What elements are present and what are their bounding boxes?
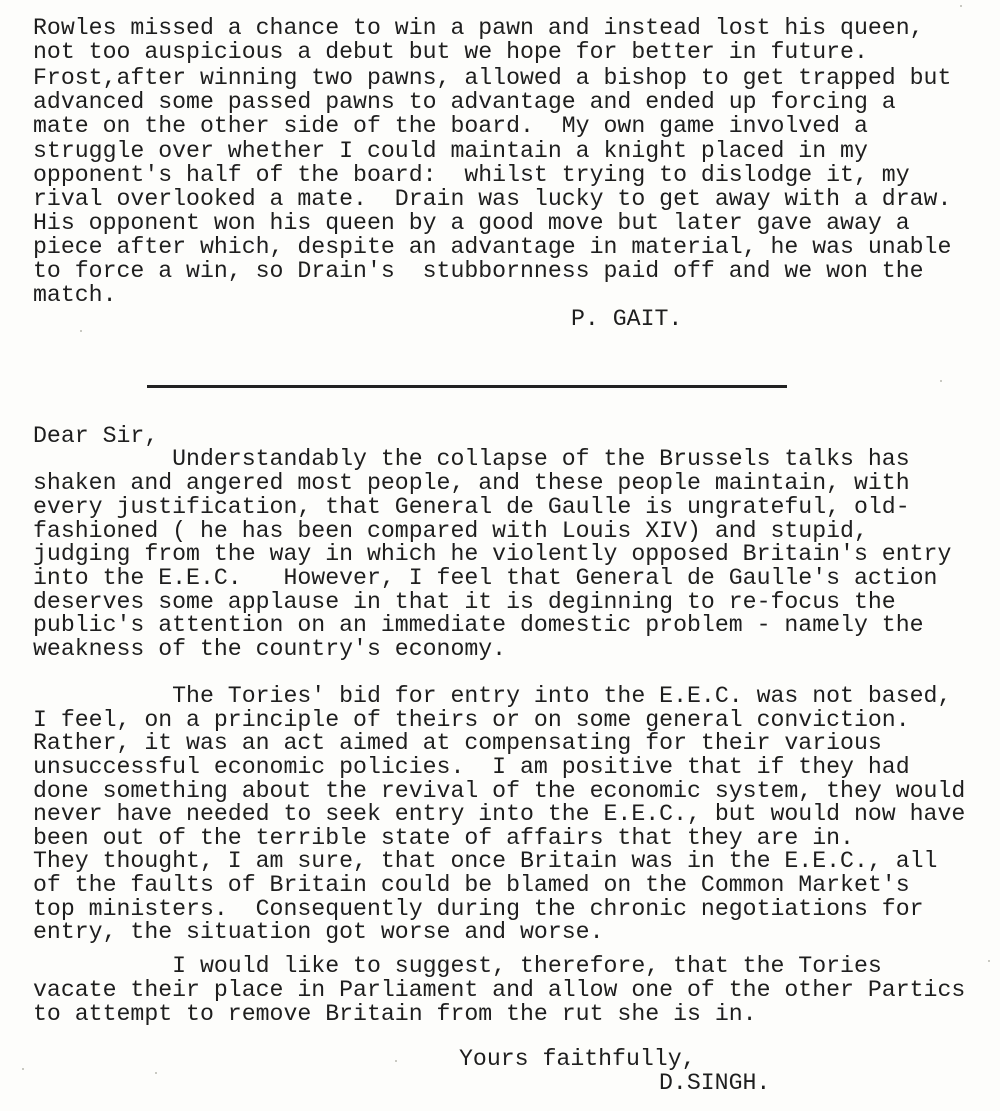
letter-line: of the faults of Britain could be blamed…: [33, 873, 910, 897]
report-line: piece after which, despite an advantage …: [33, 235, 951, 259]
letter-line: weakness of the country's economy.: [33, 637, 506, 661]
letter-line: into the E.E.C. However, I feel that Gen…: [33, 566, 937, 590]
letter-line: public's attention on an immediate domes…: [33, 613, 924, 637]
report-line: Rowles missed a chance to win a pawn and…: [33, 16, 924, 40]
report-signature: P. GAIT.: [571, 307, 682, 331]
letter-line: to attempt to remove Britain from the ru…: [33, 1002, 757, 1026]
scan-speck: [80, 330, 82, 332]
letter-line: Understandably the collapse of the Bruss…: [33, 447, 910, 471]
report-line: to force a win, so Drain's stubbornness …: [33, 259, 924, 283]
letter-line: every justification, that General de Gau…: [33, 495, 910, 519]
letter-closing: Yours faithfully,: [459, 1047, 696, 1071]
report-line: mate on the other side of the board. My …: [33, 114, 868, 138]
report-line: rival overlooked a mate. Drain was lucky…: [33, 187, 951, 211]
letter-line: unsuccessful economic policies. I am pos…: [33, 755, 910, 779]
letter-line: entry, the situation got worse and worse…: [33, 920, 604, 944]
letter-line: I would like to suggest, therefore, that…: [33, 954, 882, 978]
letter-line: vacate their place in Parliament and all…: [33, 978, 965, 1002]
report-line: Frost,after winning two pawns, allowed a…: [33, 66, 951, 90]
letter-line: Rather, it was an act aimed at compensat…: [33, 731, 882, 755]
report-line: match.: [33, 283, 117, 307]
letter-line: top ministers. Consequently during the c…: [33, 897, 924, 921]
letter-line: been out of the terrible state of affair…: [33, 826, 854, 850]
letter-line: fashioned ( he has been compared with Lo…: [33, 519, 868, 543]
report-line: struggle over whether I could maintain a…: [33, 139, 868, 163]
scan-speck: [988, 960, 990, 962]
scan-speck: [155, 1072, 157, 1074]
letter-line: They thought, I am sure, that once Brita…: [33, 849, 937, 873]
letter-line: I feel, on a principle of theirs or on s…: [33, 708, 910, 732]
letter-line: never have needed to seek entry into the…: [33, 802, 965, 826]
letter-line: judging from the way in which he violent…: [33, 542, 951, 566]
letter-line: deserves some applause in that it is deg…: [33, 590, 896, 614]
letter-salutation: Dear Sir,: [33, 424, 158, 448]
letter-line: The Tories' bid for entry into the E.E.C…: [33, 684, 951, 708]
report-line: not too auspicious a debut but we hope f…: [33, 40, 868, 64]
scan-speck: [395, 1060, 397, 1062]
letter-line: done something about the revival of the …: [33, 779, 965, 803]
report-line: His opponent won his queen by a good mov…: [33, 211, 910, 235]
scan-speck: [940, 380, 942, 382]
typewritten-page: Rowles missed a chance to win a pawn and…: [0, 0, 1000, 1111]
letter-signature: D.SINGH.: [659, 1071, 770, 1095]
report-line: opponent's half of the board: whilst try…: [33, 163, 910, 187]
scan-speck: [22, 1068, 24, 1070]
section-divider: [147, 385, 787, 388]
letter-line: shaken and angered most people, and thes…: [33, 471, 910, 495]
report-line: advanced some passed pawns to advantage …: [33, 90, 896, 114]
scan-speck: [960, 5, 962, 7]
